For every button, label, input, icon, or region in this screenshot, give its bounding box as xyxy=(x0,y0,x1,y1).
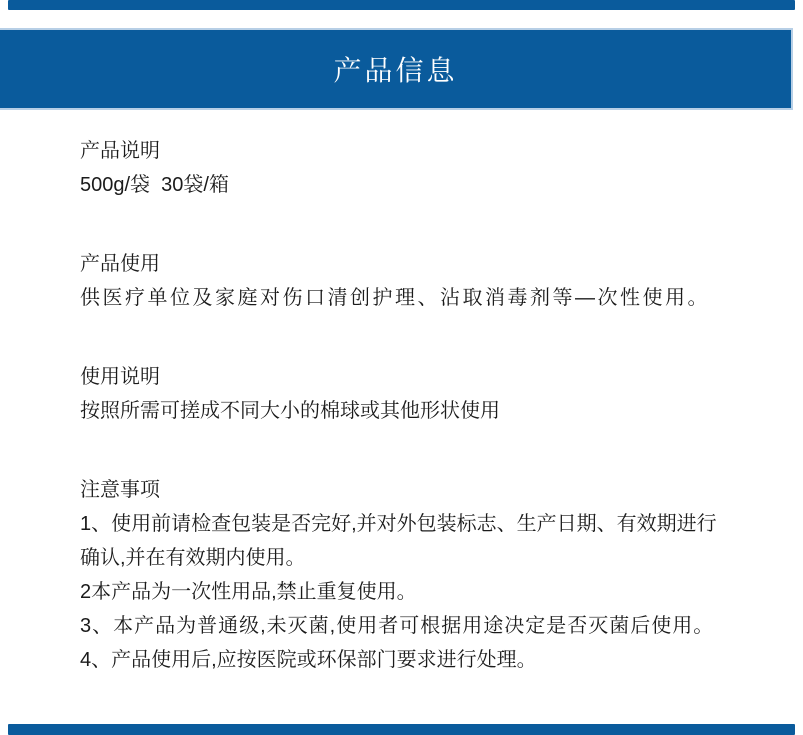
precaution-item-3: 3、本产品为普通级,未灭菌,使用者可根据用途决定是否灭菌后使用。 xyxy=(80,609,730,643)
section-title-band: 产品信息 xyxy=(0,28,793,110)
precaution-item-2: 2本产品为一次性用品,禁止重复使用。 xyxy=(80,575,730,609)
product-usage-heading: 产品使用 xyxy=(80,247,730,281)
page-title: 产品信息 xyxy=(333,49,457,89)
usage-instructions-heading: 使用说明 xyxy=(80,360,730,394)
top-divider-bar xyxy=(8,0,795,10)
section-precautions: 注意事项 1、使用前请检查包装是否完好,并对外包装标志、生产日期、有效期进行确认… xyxy=(80,473,730,677)
product-description-heading: 产品说明 xyxy=(80,134,730,168)
product-usage-body: 供医疗单位及家庭对伤口清创护理、沾取消毒剂等—次性使用。 xyxy=(80,281,730,315)
usage-instructions-body: 按照所需可搓成不同大小的棉球或其他形状使用 xyxy=(80,394,730,428)
precautions-heading: 注意事项 xyxy=(80,473,730,507)
product-info-content: 产品说明 500g/袋 30袋/箱 产品使用 供医疗单位及家庭对伤口清创护理、沾… xyxy=(80,134,730,677)
section-product-usage: 产品使用 供医疗单位及家庭对伤口清创护理、沾取消毒剂等—次性使用。 xyxy=(80,247,730,315)
bottom-divider-bar xyxy=(8,724,795,735)
precaution-item-4: 4、产品使用后,应按医院或环保部门要求进行处理。 xyxy=(80,643,730,677)
precaution-item-1: 1、使用前请检查包装是否完好,并对外包装标志、生产日期、有效期进行确认,并在有效… xyxy=(80,507,730,575)
section-product-description: 产品说明 500g/袋 30袋/箱 xyxy=(80,134,730,202)
section-usage-instructions: 使用说明 按照所需可搓成不同大小的棉球或其他形状使用 xyxy=(80,360,730,428)
product-description-body: 500g/袋 30袋/箱 xyxy=(80,168,730,202)
